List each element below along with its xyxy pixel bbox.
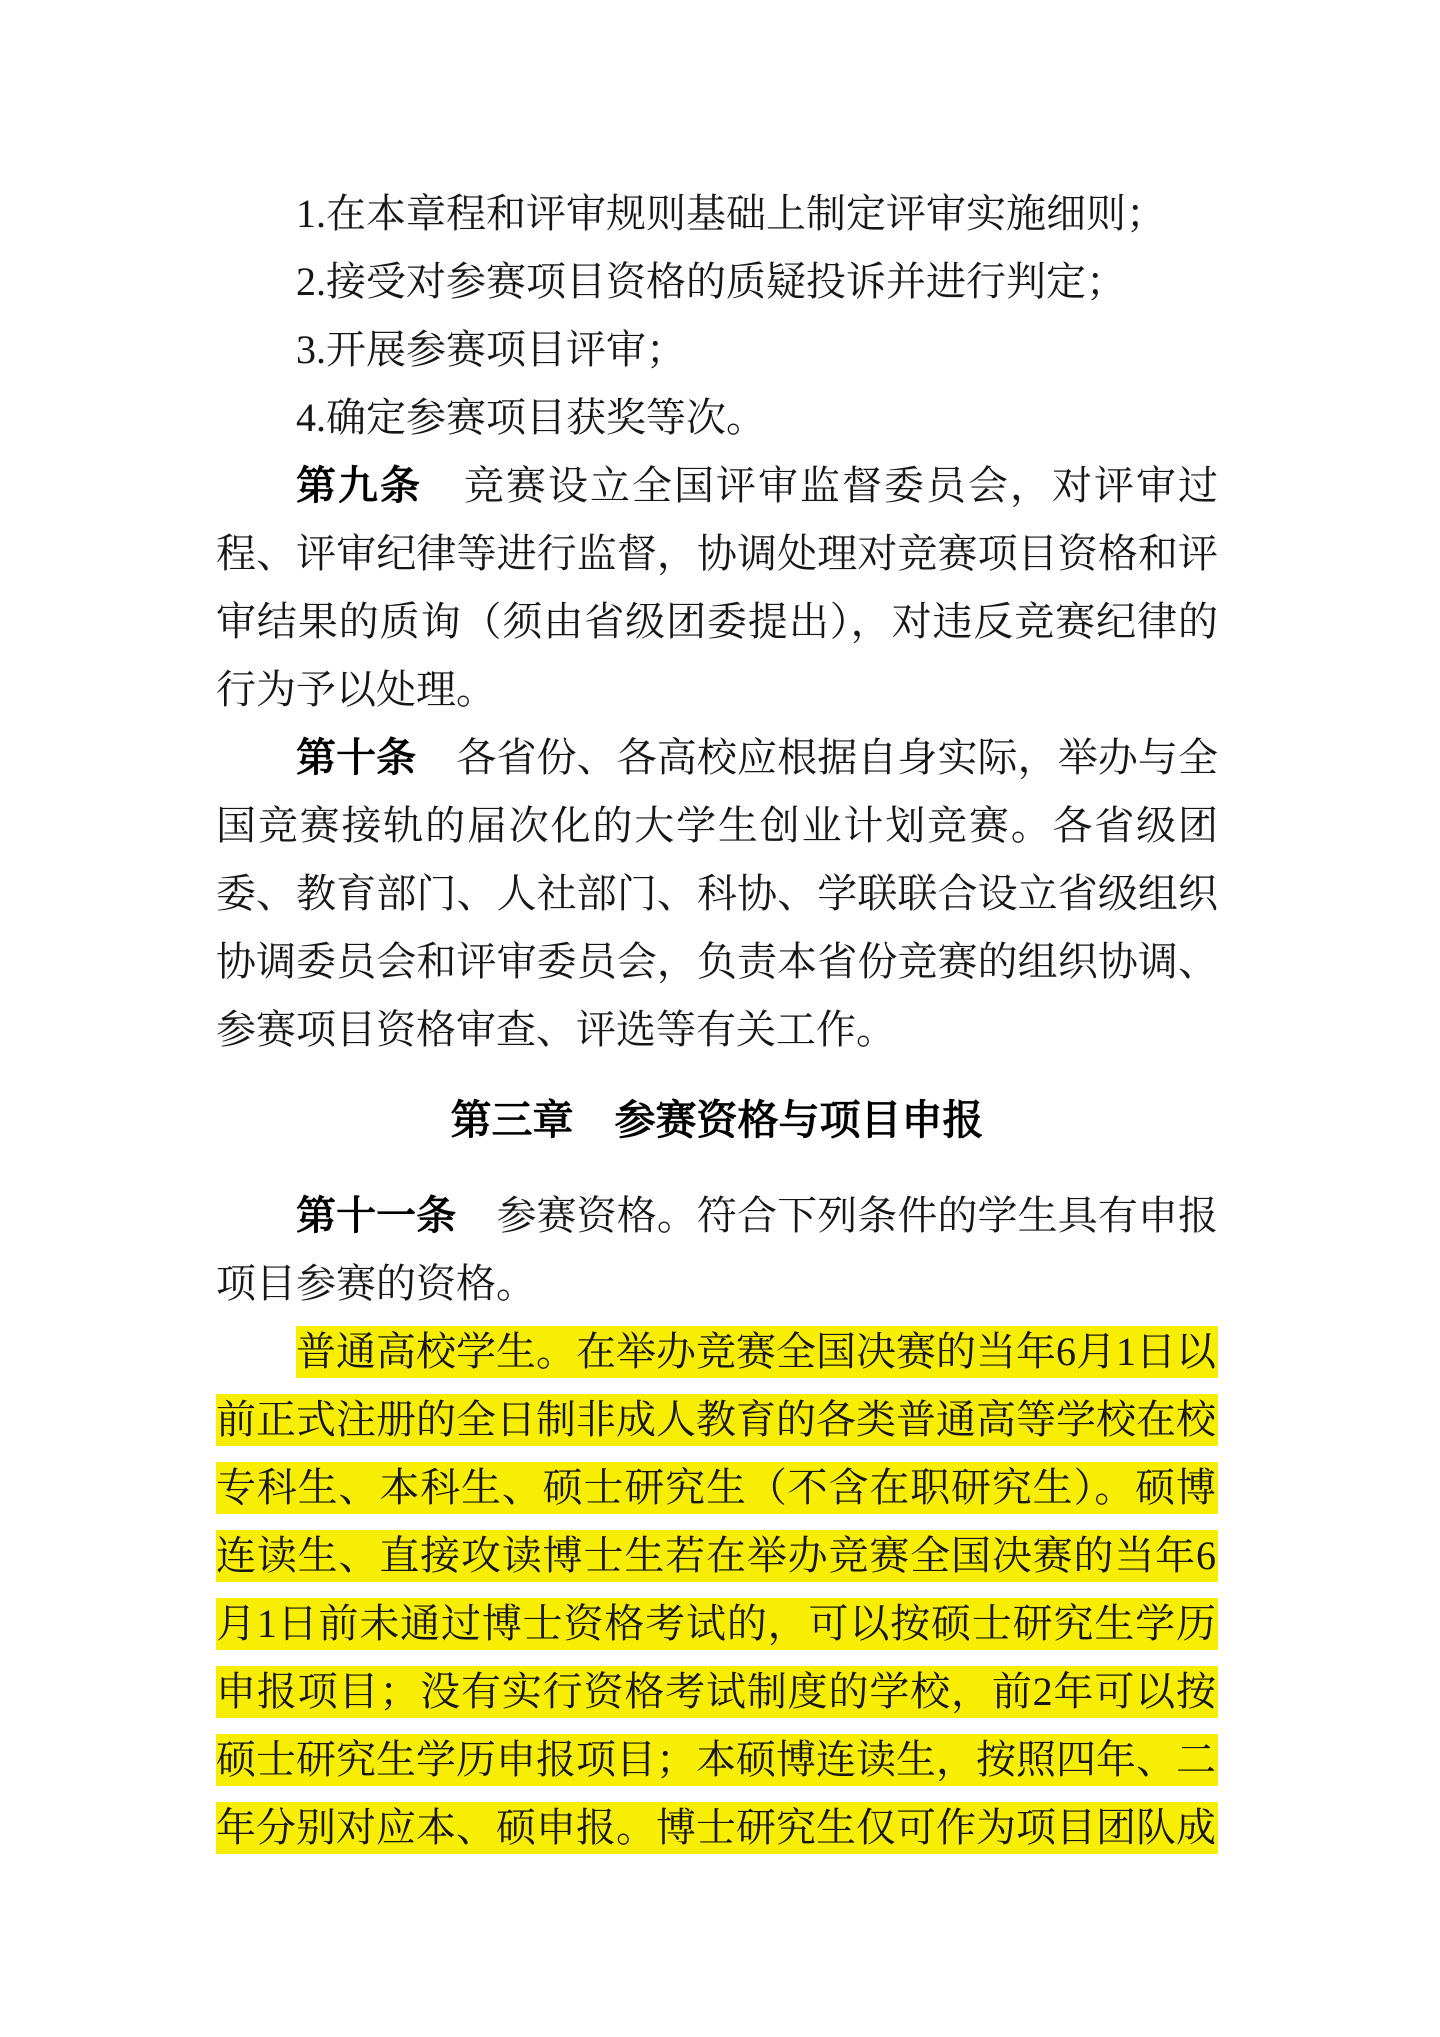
highlight-mark: 前正式注册的全日制非成人教育的各类普通高等学校在校 [216,1394,1218,1446]
article-10-line-1: 第十条 各省份、各高校应根据自身实际，举办与全 [216,724,1218,792]
document-page: 1.在本章程和评审规则基础上制定评审实施细则；2.接受对参赛项目资格的质疑投诉并… [0,0,1440,2037]
highlight-mark: 普通高校学生。在举办竞赛全国决赛的当年6月1日以 [296,1326,1218,1378]
chapter-heading: 第三章 参赛资格与项目申报 [216,1086,1218,1154]
highlight-mark: 申报项目；没有实行资格考试制度的学校，前2年可以按 [216,1666,1218,1718]
highlighted-line-1: 普通高校学生。在举办竞赛全国决赛的当年6月1日以 [216,1318,1218,1386]
highlight-mark: 年分别对应本、硕申报。博士研究生仅可作为项目团队成 [216,1802,1218,1854]
document-body: 1.在本章程和评审规则基础上制定评审实施细则；2.接受对参赛项目资格的质疑投诉并… [216,180,1218,1862]
article-number-label: 第十一条 [296,1194,456,1238]
article-10-line-5: 参赛项目资格审查、评选等有关工作。 [216,996,1218,1064]
highlighted-line-5: 月1日前未通过博士资格考试的，可以按硕士研究生学历 [216,1590,1218,1658]
highlight-mark: 月1日前未通过博士资格考试的，可以按硕士研究生学历 [216,1598,1218,1650]
highlighted-line-7: 硕士研究生学历申报项目；本硕博连读生，按照四年、二 [216,1726,1218,1794]
highlighted-line-2: 前正式注册的全日制非成人教育的各类普通高等学校在校 [216,1386,1218,1454]
article-10-line-2: 国竞赛接轨的届次化的大学生创业计划竞赛。各省级团 [216,792,1218,860]
ordered-list-item-4: 4.确定参赛项目获奖等次。 [216,384,1218,452]
highlighted-line-8: 年分别对应本、硕申报。博士研究生仅可作为项目团队成 [216,1794,1218,1862]
highlighted-line-4: 连读生、直接攻读博士生若在举办竞赛全国决赛的当年6 [216,1522,1218,1590]
article-9-line-2: 程、评审纪律等进行监督，协调处理对竞赛项目资格和评 [216,520,1218,588]
article-number-label: 第九条 [296,464,422,508]
article-9-line-4: 行为予以处理。 [216,656,1218,724]
article-10-line-4: 协调委员会和评审委员会，负责本省份竞赛的组织协调、 [216,928,1218,996]
article-9-line-3: 审结果的质询（须由省级团委提出），对违反竞赛纪律的 [216,588,1218,656]
article-number-label: 第十条 [296,736,416,780]
article-11-line-1: 第十一条 参赛资格。符合下列条件的学生具有申报 [216,1182,1218,1250]
article-10-line-3: 委、教育部门、人社部门、科协、学联联合设立省级组织 [216,860,1218,928]
ordered-list-item-2: 2.接受对参赛项目资格的质疑投诉并进行判定； [216,248,1218,316]
highlighted-line-6: 申报项目；没有实行资格考试制度的学校，前2年可以按 [216,1658,1218,1726]
ordered-list-item-1: 1.在本章程和评审规则基础上制定评审实施细则； [216,180,1218,248]
highlight-mark: 专科生、本科生、硕士研究生（不含在职研究生）。硕博 [216,1462,1218,1514]
highlight-mark: 硕士研究生学历申报项目；本硕博连读生，按照四年、二 [216,1734,1218,1786]
article-11-line-2: 项目参赛的资格。 [216,1250,1218,1318]
highlight-mark: 连读生、直接攻读博士生若在举办竞赛全国决赛的当年6 [216,1530,1218,1582]
article-9-line-1: 第九条 竞赛设立全国评审监督委员会，对评审过 [216,452,1218,520]
highlighted-line-3: 专科生、本科生、硕士研究生（不含在职研究生）。硕博 [216,1454,1218,1522]
ordered-list-item-3: 3.开展参赛项目评审； [216,316,1218,384]
